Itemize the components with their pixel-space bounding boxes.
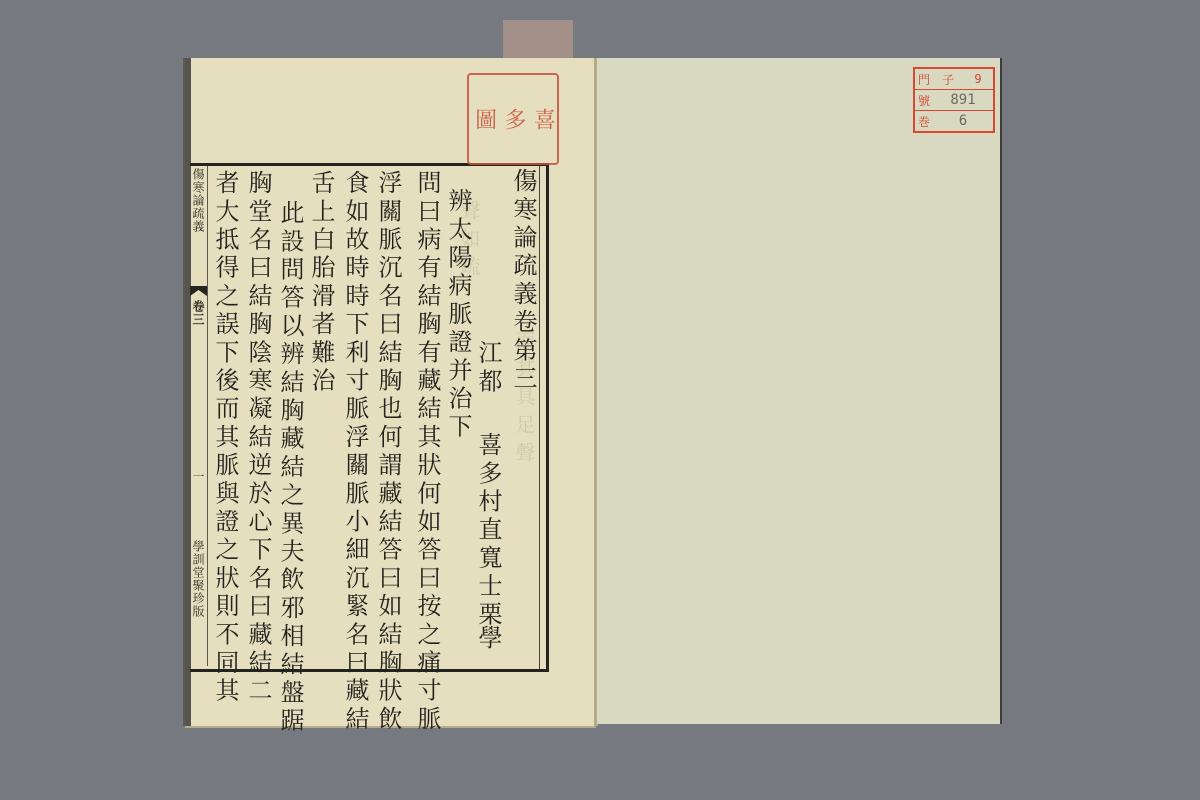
author-suffix: 學 [473, 625, 503, 653]
body-column-3: 食如故時時下利寸脈浮關脈小細沉緊名曰藏結 [340, 170, 370, 734]
body-column-1: 問曰病有結胸有藏結其狀何如答曰按之痛寸脈 [412, 170, 442, 734]
chapter-column: 辨太陽病脈證并治下 [443, 188, 473, 442]
body-column-2: 浮關脈沉名曰結胸也何謂藏結答曰如結胸狀飲 [373, 170, 403, 734]
body-column-4: 舌上白胎滑者難治 [306, 170, 336, 396]
seal-char: 圖 [471, 108, 497, 130]
stamp-row-number: 號 891 [915, 90, 993, 111]
commentary-column-1: 此設問答以辨結胸藏結之異夫飲邪相結盤踞 [275, 200, 305, 736]
commentary-column-2: 胸堂名曰結胸陰寒凝結逆於心下名曰藏結二 [243, 170, 273, 706]
commentary-column-3: 者大抵得之誤下後而其脈與證之狀則不同其 [210, 170, 240, 706]
title-column: 傷寒論疏義卷第三 [508, 168, 538, 394]
author-place: 江都 [473, 340, 503, 396]
stamp-row-category: 門 子 9 [915, 69, 993, 90]
seal-char: 多 [500, 108, 526, 130]
stamp-row-volume: 巻 6 [915, 111, 993, 131]
seal-char: 喜 [529, 108, 555, 130]
library-seal: 圖 多 喜 [467, 73, 559, 165]
author-name: 喜多村直寬士栗 [473, 432, 503, 629]
right-page [597, 58, 1000, 724]
catalog-stamp: 門 子 9 號 891 巻 6 [913, 67, 995, 133]
